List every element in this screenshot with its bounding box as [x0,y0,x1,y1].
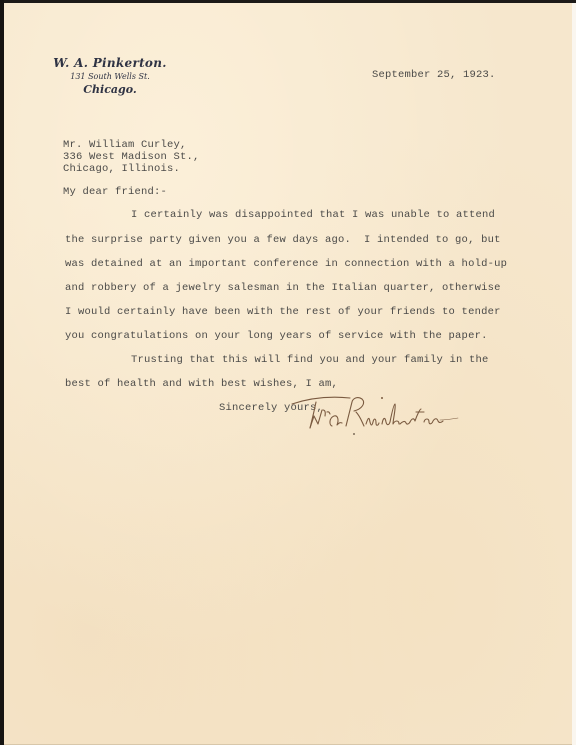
recipient-city: Chicago, Illinois. [63,163,180,175]
letterhead-name: W. A. Pinkerton. [50,56,170,70]
body-line: you congratulations on your long years o… [65,330,488,342]
recipient-street: 336 West Madison St., [63,151,200,163]
letterhead-street: 131 South Wells St. [50,72,170,81]
letterhead-city: Chicago. [50,83,170,96]
body-line: best of health and with best wishes, I a… [65,378,338,390]
body-line: the surprise party given you a few days … [65,234,501,246]
body-line: was detained at an important conference … [65,258,507,270]
body-line: Trusting that this will find you and you… [131,354,489,366]
letter-date: September 25, 1923. [372,69,496,81]
handwritten-signature: Wm A Pinkerton [290,390,460,440]
salutation: My dear friend:- [63,186,167,198]
letterhead: W. A. Pinkerton. 131 South Wells St. Chi… [50,56,170,96]
body-line: and robbery of a jewelry salesman in the… [65,282,501,294]
scan-edge-bottom [0,745,576,756]
scan-edge-right [572,3,576,745]
recipient-name: Mr. William Curley, [63,139,187,151]
scanned-letter: W. A. Pinkerton. 131 South Wells St. Chi… [0,0,576,756]
body-line: I would certainly have been with the res… [65,306,501,318]
body-line: I certainly was disappointed that I was … [131,209,495,221]
letter-paper [4,3,572,745]
